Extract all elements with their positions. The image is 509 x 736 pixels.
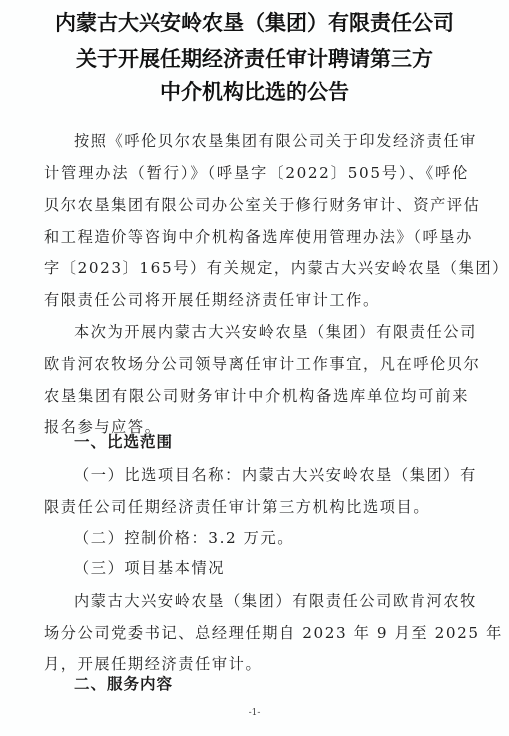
title-line-1: 内蒙古大兴安岭农垦（集团）有限责任公司: [0, 8, 509, 38]
paragraph-1-line-6: 有限责任公司将开展任期经济责任审计工作。: [44, 290, 469, 310]
section-1-heading: 一、比选范围: [74, 432, 173, 452]
paragraph-2-line-1: 本次为开展内蒙古大兴安岭农垦（集团）有限责任公司: [74, 322, 469, 342]
section-1-item-1-line-1: （一）比选项目名称：内蒙古大兴安岭农垦（集团）有: [74, 465, 469, 485]
page-number: -1-: [0, 708, 509, 718]
paragraph-1-line-3: 贝尔农垦集团有限公司办公室关于修行财务审计、资产评估: [44, 195, 469, 215]
paragraph-1-line-5: 字〔2023〕165号）有关规定，内蒙古大兴安岭农垦（集团）: [44, 258, 469, 278]
paragraph-2-line-3: 农垦集团有限公司财务审计中介机构备选库单位均可前来: [44, 386, 469, 406]
section-1-item-3-text-line-1: 内蒙古大兴安岭农垦（集团）有限责任公司欧肯河农牧: [74, 591, 469, 611]
section-2-heading: 二、服务内容: [74, 674, 173, 694]
section-1-item-3: （三）项目基本情况: [74, 558, 469, 578]
section-1-item-3-text-line-3: 月，开展任期经济责任审计。: [44, 654, 469, 674]
title-line-2: 关于开展任期经济责任审计聘请第三方: [0, 44, 509, 74]
paragraph-1-line-1: 按照《呼伦贝尔农垦集团有限公司关于印发经济责任审: [74, 131, 469, 151]
paragraph-1-line-2: 计管理办法（暂行）》（呼垦字〔2022〕505号）、《呼伦: [44, 163, 469, 183]
section-1-item-3-text-line-2: 场分公司党委书记、总经理任期自 2023 年 9 月至 2025 年 9: [44, 623, 469, 643]
section-1-item-1-line-2: 限责任公司任期经济责任审计第三方机构比选项目。: [44, 497, 469, 517]
paragraph-1-line-4: 和工程造价等咨询中介机构备选库使用管理办法》（呼垦办: [44, 227, 469, 247]
paragraph-2-line-2: 欧肯河农牧场分公司领导离任审计工作事宜，凡在呼伦贝尔: [44, 354, 469, 374]
section-1-item-2: （二）控制价格：3.2 万元。: [74, 528, 469, 548]
document-page: 内蒙古大兴安岭农垦（集团）有限责任公司 关于开展任期经济责任审计聘请第三方 中介…: [0, 0, 509, 736]
title-line-3: 中介机构比选的公告: [0, 77, 509, 107]
